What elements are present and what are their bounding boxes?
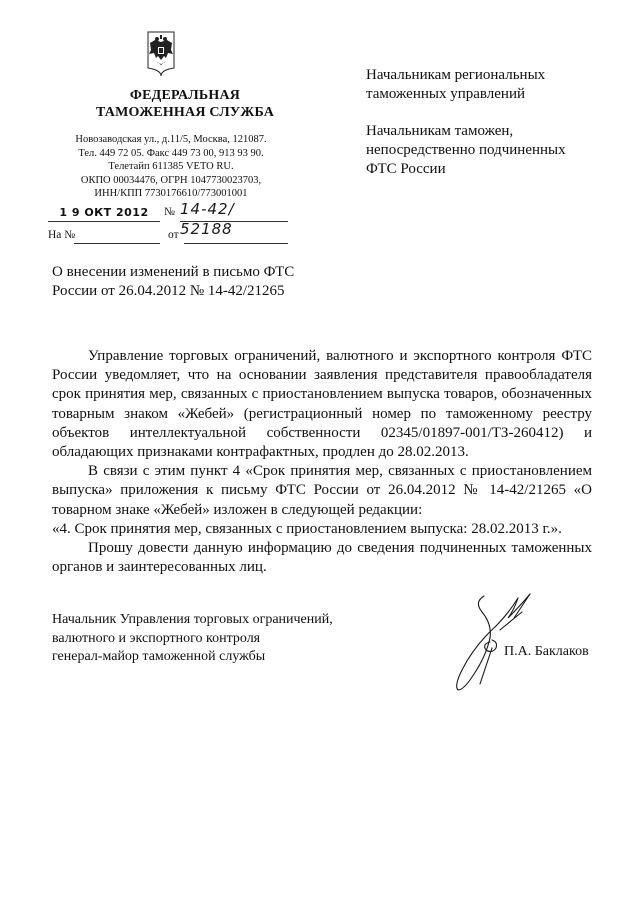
address-line: Тел. 449 72 05. Факс 449 73 00, 913 93 9… bbox=[40, 147, 302, 161]
registration-date-stamp: 1 9 ОКТ 2012 bbox=[48, 205, 160, 222]
body-paragraph: В связи с этим пункт 4 «Срок принятия ме… bbox=[52, 462, 592, 520]
signer-title-line: генерал-майор таможенной службы bbox=[52, 648, 392, 667]
registration-number-label: № bbox=[164, 206, 175, 218]
address-line: Новозаводская ул., д.11/5, Москва, 12108… bbox=[40, 133, 302, 147]
subject-line: О внесении изменений в письмо ФТС bbox=[52, 263, 342, 282]
registration-row: 1 9 ОКТ 2012 № 14-42/ 52188 bbox=[48, 205, 288, 223]
reference-from-label: от bbox=[168, 229, 179, 241]
reference-row: На № от bbox=[48, 229, 288, 245]
addressee-line: таможенных управлений bbox=[366, 85, 606, 104]
addressee-regional-administrations: Начальникам региональных таможенных упра… bbox=[366, 66, 606, 104]
reference-number-label: На № bbox=[48, 229, 75, 241]
letter-page: ФЕДЕРАЛЬНАЯ ТАМОЖЕННАЯ СЛУЖБА Новозаводс… bbox=[0, 0, 640, 900]
body-paragraph: Прошу довести данную информацию до сведе… bbox=[52, 539, 592, 577]
signer-title: Начальник Управления торговых ограничени… bbox=[52, 611, 392, 667]
addressee-line: Начальникам таможен, bbox=[366, 122, 606, 141]
addressee-line: Начальникам региональных bbox=[366, 66, 606, 85]
subject-line: России от 26.04.2012 № 14-42/21265 bbox=[52, 282, 342, 301]
body-paragraph: Управление торговых ограничений, валютно… bbox=[52, 347, 592, 462]
russian-coat-of-arms-icon bbox=[146, 30, 176, 78]
signer-title-line: Начальник Управления торговых ограничени… bbox=[52, 611, 392, 630]
org-name-line: ФЕДЕРАЛЬНАЯ bbox=[60, 87, 310, 104]
addressee-customs-offices: Начальникам таможен, непосредственно под… bbox=[366, 122, 606, 179]
addressee-line: ФТС России bbox=[366, 160, 606, 179]
signer-name: П.А. Баклаков bbox=[504, 643, 589, 661]
addressee-line: непосредственно подчиненных bbox=[366, 141, 606, 160]
reference-date-blank bbox=[184, 243, 288, 244]
body-paragraph-quote: «4. Срок принятия мер, связанных с приос… bbox=[52, 520, 592, 539]
reference-number-blank bbox=[74, 243, 160, 244]
organization-address: Новозаводская ул., д.11/5, Москва, 12108… bbox=[40, 133, 302, 201]
letter-subject: О внесении изменений в письмо ФТС России… bbox=[52, 263, 342, 301]
registration-number-handwritten: 14-42/ 52188 bbox=[180, 199, 288, 222]
letter-body: Управление торговых ограничений, валютно… bbox=[52, 347, 592, 577]
signer-title-line: валютного и экспортного контроля bbox=[52, 630, 392, 649]
address-line: Телетайп 611385 VETO RU. bbox=[40, 160, 302, 174]
organization-name: ФЕДЕРАЛЬНАЯ ТАМОЖЕННАЯ СЛУЖБА bbox=[60, 87, 310, 121]
address-line: ОКПО 00034476, ОГРН 1047730023703, bbox=[40, 174, 302, 188]
org-name-line: ТАМОЖЕННАЯ СЛУЖБА bbox=[60, 104, 310, 121]
